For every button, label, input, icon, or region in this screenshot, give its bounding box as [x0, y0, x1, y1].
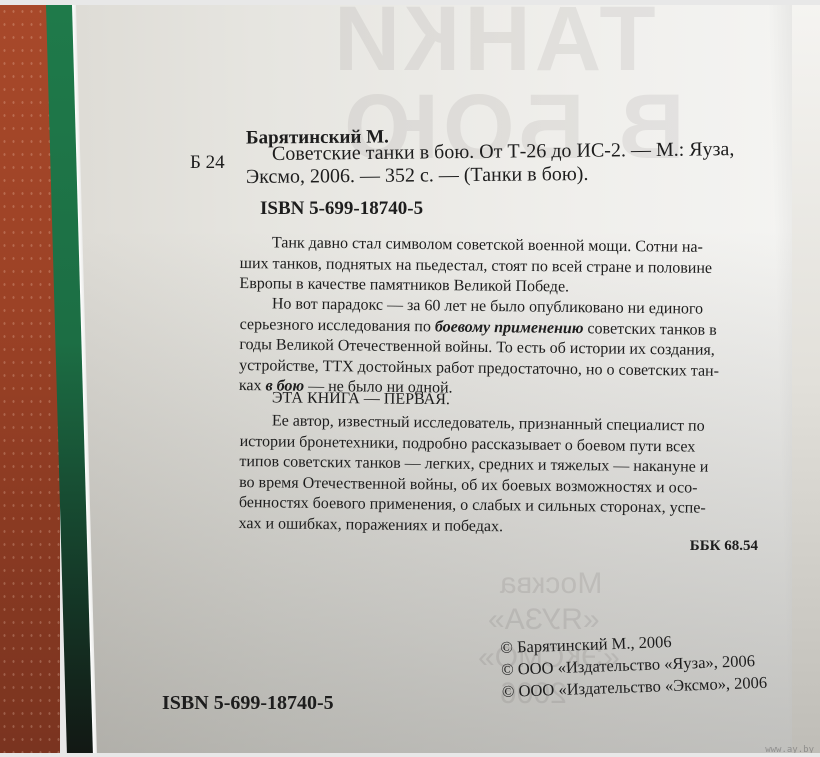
- catalog-isbn: ISBN 5-699-18740-5: [260, 198, 423, 220]
- copyright-block: © Барятинский М., 2006 © ООО «Издательст…: [500, 628, 768, 703]
- photo-scene: ТАНКИ В БОЮ Москва «ЯУЗА» «ЭКСМО» 2006 Б…: [0, 5, 820, 753]
- emphasis-combat-use: боевому применению: [435, 318, 584, 337]
- annotation-paragraph-2: Но вот парадокс — за 60 лет не было опуб…: [239, 294, 780, 403]
- isbn-bottom: ISBN 5-699-18740-5: [162, 692, 334, 715]
- bbk-code: ББК 68.54: [690, 538, 758, 555]
- annotation-paragraph-1: Танк давно стал символом советской военн…: [239, 233, 780, 300]
- annotation-paragraph-4: Ее автор, известный исследователь, призн…: [238, 411, 779, 541]
- catalog-title-line: Советские танки в бою. От Т-26 до ИС-2. …: [272, 138, 735, 166]
- catalog-code: Б 24: [190, 152, 225, 174]
- site-watermark: www.ay.by: [765, 745, 814, 753]
- annotation-paragraph-3: ЭТА КНИГА — ПЕРВАЯ.: [240, 388, 780, 414]
- catalog-publication-line: Эксмо, 2006. — 352 с. — (Танки в бою).: [246, 163, 589, 189]
- imprint-content: Барятинский М. Б 24 Советские танки в бо…: [0, 5, 820, 753]
